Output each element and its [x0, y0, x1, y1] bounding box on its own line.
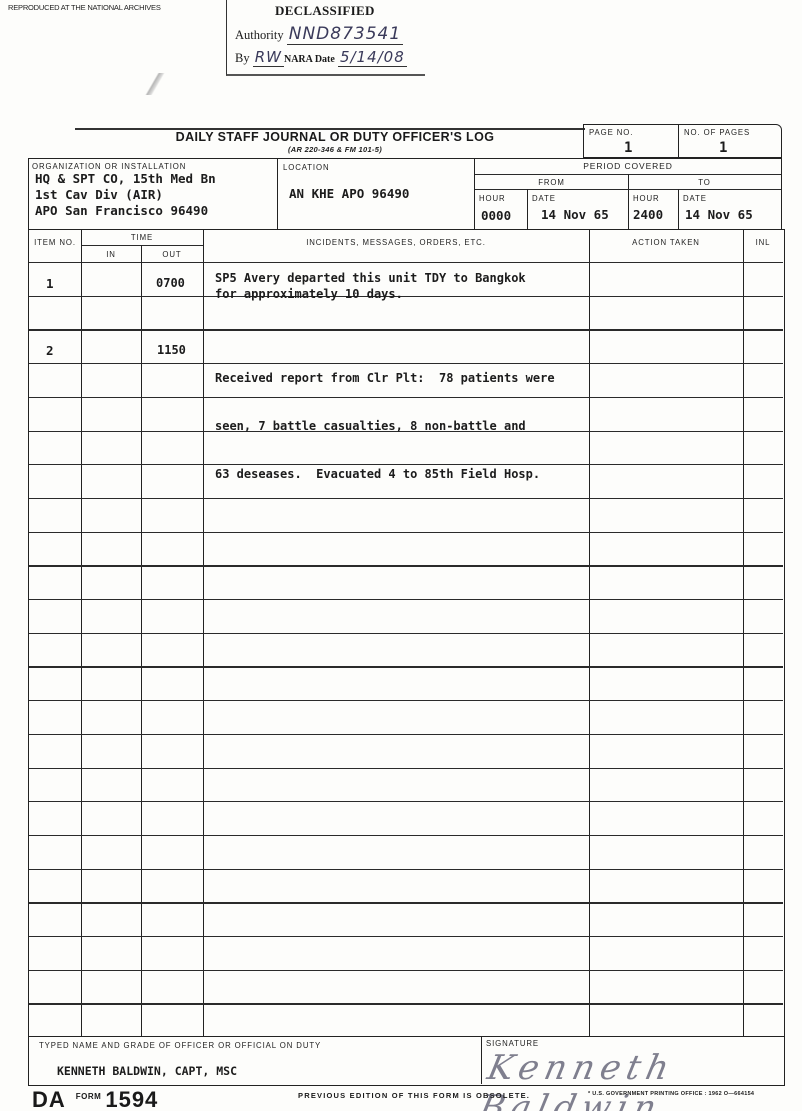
by-initials: RW [253, 48, 284, 67]
archive-stamp: REPRODUCED AT THE NATIONAL ARCHIVES [8, 3, 161, 12]
header-time-in: IN [81, 250, 141, 259]
signature: Kenneth Baldwin [484, 1048, 793, 1090]
location-label: LOCATION [283, 163, 329, 172]
header-inl: INL [743, 238, 783, 247]
to-date-label: DATE [683, 194, 707, 203]
entry-1-text: SP5 Avery departed this unit TDY to Bang… [215, 270, 526, 302]
page-no-value: 1 [624, 140, 632, 156]
organization-line-2: 1st Cav Div (AIR) [35, 187, 216, 203]
declassified-date: 5/14/08 [338, 48, 407, 67]
declassified-title: DECLASSIFIED [275, 3, 375, 19]
table-row-line [29, 262, 783, 263]
log-table: ITEM NO. TIME IN OUT INCIDENTS, MESSAGES… [28, 229, 785, 1037]
authority-line: Authority NND873541 [235, 24, 403, 44]
form-title: DAILY STAFF JOURNAL OR DUTY OFFICER'S LO… [95, 130, 575, 144]
table-row-line [29, 902, 783, 903]
table-row-line [29, 700, 783, 701]
from-hour-value: 0000 [481, 208, 511, 223]
from-date-value: 14 Nov 65 [541, 207, 609, 222]
table-row-line [29, 1003, 783, 1004]
table-row-line [29, 599, 783, 600]
by-label: By [235, 51, 250, 65]
table-row-line [29, 835, 783, 836]
printer-notice: * U.S. GOVERNMENT PRINTING OFFICE : 1962… [588, 1091, 754, 1097]
table-row-line [29, 734, 783, 735]
entry-2-line-2: seen, 7 battle casualties, 8 non-battle … [215, 418, 555, 434]
obsolete-notice: PREVIOUS EDITION OF THIS FORM IS OBSOLET… [298, 1091, 530, 1100]
table-row-line [29, 970, 783, 971]
no-of-pages-value: 1 [719, 140, 727, 156]
to-date-value: 14 Nov 65 [685, 207, 753, 222]
table-row-line [29, 666, 783, 667]
organization-line-3: APO San Francisco 96490 [35, 203, 216, 219]
header-time: TIME [81, 233, 203, 242]
period-covered-label: PERIOD COVERED [475, 161, 781, 171]
table-row-line [29, 801, 783, 802]
typed-name-label: TYPED NAME AND GRADE OF OFFICER OR OFFIC… [39, 1041, 321, 1050]
entry-2-line-1: Received report from Clr Plt: 78 patient… [215, 370, 555, 386]
from-to-divider [628, 174, 629, 230]
to-label: TO [628, 178, 781, 187]
organization-label: ORGANIZATION OR INSTALLATION [32, 162, 186, 171]
form-number-value: 1594 [105, 1087, 158, 1111]
entry-1-item: 1 [46, 276, 54, 291]
to-hour-value: 2400 [633, 207, 663, 222]
authority-label: Authority [235, 28, 284, 42]
typed-name-value: KENNETH BALDWIN, CAPT, MSC [57, 1064, 237, 1078]
entry-1-line-1: SP5 Avery departed this unit TDY to Bang… [215, 270, 526, 286]
header-incidents: INCIDENTS, MESSAGES, ORDERS, ETC. [203, 238, 589, 247]
table-row-line [29, 532, 783, 533]
entry-1-line-2: for approximately 10 days. [215, 286, 526, 302]
organization-value: HQ & SPT CO, 15th Med Bn 1st Cav Div (AI… [35, 171, 216, 219]
by-line: By RWNARA Date 5/14/08 [235, 48, 407, 66]
from-hour-divider [527, 189, 528, 230]
form-number: DAFORM1594 [32, 1087, 158, 1111]
table-row-line [29, 565, 783, 566]
authority-value: NND873541 [287, 24, 403, 45]
organization-line-1: HQ & SPT CO, 15th Med Bn [35, 171, 216, 187]
entry-2-time-out: 1150 [157, 343, 186, 357]
signature-divider [481, 1036, 482, 1084]
location-box: LOCATION AN KHE APO 96490 [277, 158, 475, 230]
table-row-line [29, 869, 783, 870]
page-no-label: PAGE NO. [589, 128, 633, 137]
from-date-label: DATE [532, 194, 556, 203]
declassified-stamp: DECLASSIFIED Authority NND873541 By RWNA… [226, 0, 425, 76]
location-value: AN KHE APO 96490 [289, 186, 409, 201]
header-item-no: ITEM NO. [29, 237, 81, 248]
scan-mark [143, 73, 167, 95]
signature-label: SIGNATURE [486, 1039, 539, 1048]
table-row-line [29, 329, 783, 330]
header-time-out: OUT [141, 250, 203, 259]
period-covered-box: PERIOD COVERED FROM TO HOUR DATE HOUR DA… [474, 158, 782, 230]
from-label: FROM [475, 178, 628, 187]
nara-date-label: NARA Date [284, 54, 335, 65]
entry-1-time-out: 0700 [156, 276, 185, 290]
to-hour-label: HOUR [633, 194, 660, 203]
entry-2-text: Received report from Clr Plt: 78 patient… [215, 338, 555, 514]
entry-2-item: 2 [46, 343, 54, 358]
organization-box: ORGANIZATION OR INSTALLATION HQ & SPT CO… [28, 158, 278, 230]
form-regulation: (AR 220-346 & FM 101-5) [95, 145, 575, 154]
to-hour-divider [678, 189, 679, 230]
table-row-line [29, 768, 783, 769]
entry-2-line-3: 63 deseases. Evacuated 4 to 85th Field H… [215, 466, 555, 482]
table-row-line [29, 633, 783, 634]
header-action-taken: ACTION TAKEN [589, 238, 743, 247]
period-subdivider [475, 189, 781, 190]
form-prefix: DA [32, 1087, 66, 1111]
page-no-box: PAGE NO. 1 [583, 124, 679, 158]
form-word: FORM [76, 1092, 102, 1101]
no-of-pages-label: NO. OF PAGES [684, 128, 750, 137]
from-hour-label: HOUR [479, 194, 506, 203]
table-row-line [29, 936, 783, 937]
no-of-pages-box: NO. OF PAGES 1 [678, 124, 782, 158]
